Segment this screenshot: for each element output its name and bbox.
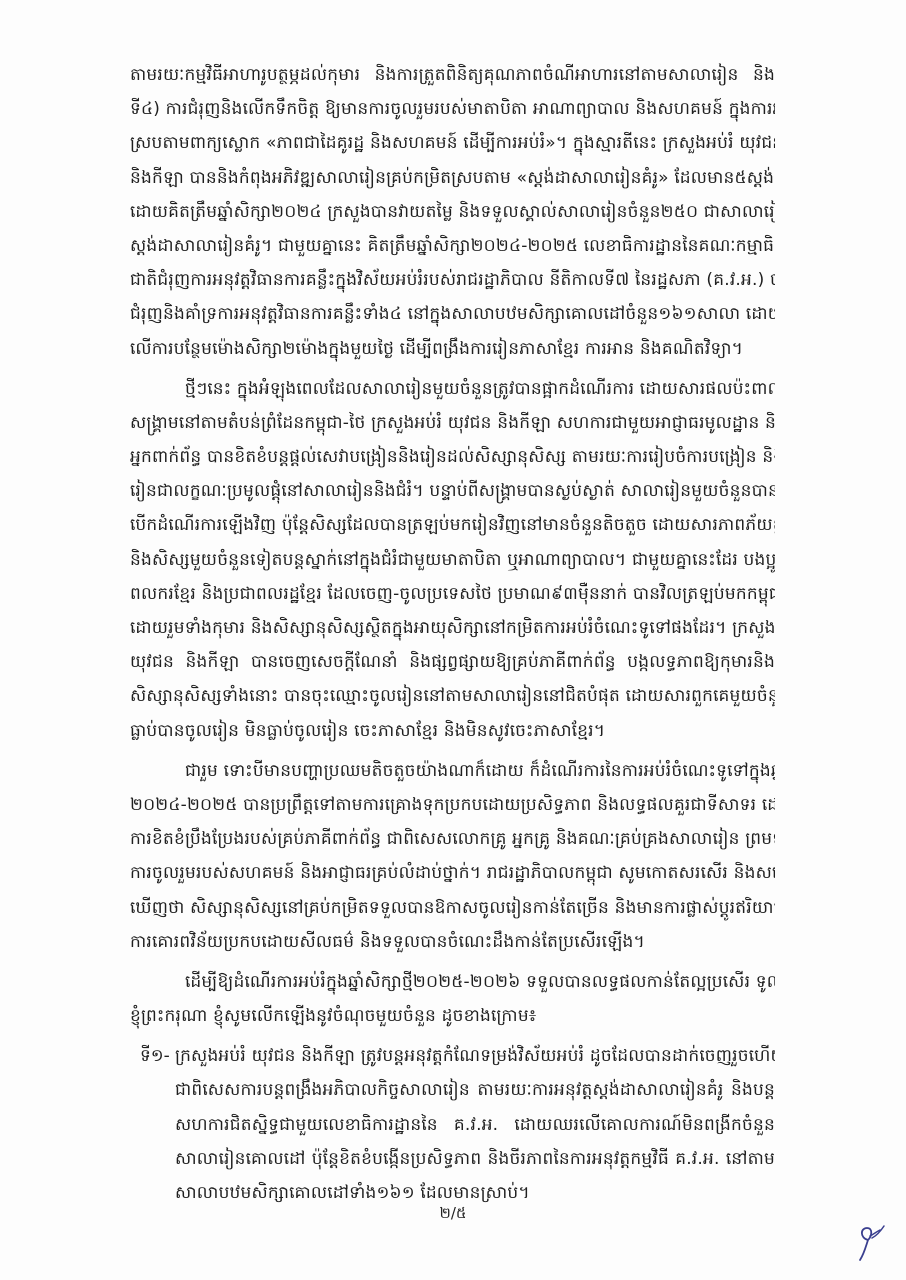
text-line: តាមរយៈកម្មវិធីអាហារូបត្ថម្ភដល់កុមារ និងក… <box>130 58 775 92</box>
text-line: ជាពិសេសការបន្តពង្រឹងអភិបាលកិច្ចសាលារៀន ត… <box>175 1073 775 1107</box>
text-line: ២០២៤-២០២៥ បានប្រព្រឹត្តទៅតាមការគ្រោងទុកប… <box>130 788 775 822</box>
paragraph-overall-assessment: ជារួម ទោះបីមានបញ្ហាប្រឈមតិចតួចយ៉ាងណាក៏ដោ… <box>130 754 775 959</box>
text-line: អ្នកពាក់ព័ន្ធ បានខិតខំបន្តផ្តល់សេវាបង្រៀ… <box>130 440 775 474</box>
text-line: ថ្មីៗនេះ ក្នុងអំឡុងពេលដែលសាលារៀនមួយចំនួន… <box>130 372 775 406</box>
text-line: ជារួម ទោះបីមានបញ្ហាប្រឈមតិចតួចយ៉ាងណាក៏ដោ… <box>130 754 775 788</box>
text-line: ជំរុញនិងគាំទ្រការអនុវត្តវិធានការគន្លឹះទា… <box>130 297 775 331</box>
text-line: ធ្លាប់បានចូលរៀន មិនធ្លាប់ចូលរៀន ចេះភាសាខ… <box>130 714 775 748</box>
text-line: រៀនជាលក្ខណៈប្រមូលផ្តុំនៅសាលារៀននិងជំរំ។ … <box>130 474 775 508</box>
text-line: និងកីឡា បាននិងកំពុងអភិវឌ្ឍសាលារៀនគ្រប់កម… <box>130 161 775 195</box>
recommendation-item-1: ទី១- ក្រសួងអប់រំ យុវជន និងកីឡា ត្រូវបន្ត… <box>130 1039 775 1210</box>
text-line: សង្គ្រាមនៅតាមតំបន់ព្រំដែនកម្ពុជា-ថៃ ក្រស… <box>130 406 775 440</box>
document-page: តាមរយៈកម្មវិធីអាហារូបត្ថម្ភដល់កុមារ និងក… <box>0 0 906 1280</box>
page-number: ២/៥ <box>0 1204 906 1226</box>
text-line: ទី៤) ការជំរុញនិងលើកទឹកចិត្ត ឱ្យមានការចូល… <box>130 92 775 126</box>
text-line: ក្រសួងអប់រំ យុវជន និងកីឡា ត្រូវបន្តអនុវត… <box>175 1039 775 1073</box>
paragraph-school-feeding-continuation: តាមរយៈកម្មវិធីអាហារូបត្ថម្ភដល់កុមារ និងក… <box>130 58 775 366</box>
text-line: បើកដំណើរការឡើងវិញ ប៉ុន្តែសិស្សដែលបានត្រឡ… <box>130 508 775 542</box>
text-line: សិស្សានុសិស្សទាំងនោះ បានចុះឈ្មោះចូលរៀននៅ… <box>130 679 775 713</box>
text-line: ដោយគិតត្រឹមឆ្នាំសិក្សា២០២៤ ក្រសួងបានវាយត… <box>130 195 775 229</box>
text-line: ពលករខ្មែរ និងប្រជាពលរដ្ឋខ្មែរ ដែលចេញ-ចូល… <box>130 577 775 611</box>
text-line: ការចូលរួមរបស់សហគមន៍ និងអាជ្ញាធរគ្រប់លំដា… <box>130 856 775 890</box>
text-line: ជាតិជំរុញការអនុវត្តវិធានការគន្លឹះក្នុងវិ… <box>130 263 775 297</box>
text-line: ការគោរពវិន័យប្រកបដោយសីលធម៌ និងទទួលបានចំណ… <box>130 925 775 959</box>
text-line: ខ្ញុំព្រះករុណា ខ្ញុំសូមលើកឡើងនូវចំណុចមួយ… <box>130 999 775 1033</box>
paragraph-recommendations-intro: ដើម្បីឱ្យដំណើរការអប់រំក្នុងឆ្នាំសិក្សាថ្… <box>130 965 775 1033</box>
text-line: យុវជន និងកីឡា បានចេញសេចក្តីណែនាំ និងផ្សព… <box>130 645 775 679</box>
document-body: តាមរយៈកម្មវិធីអាហារូបត្ថម្ភដល់កុមារ និងក… <box>130 58 775 1210</box>
text-line: លើការបន្ថែមម៉ោងសិក្សា២ម៉ោងក្នុងមួយថ្ងៃ ដ… <box>130 332 775 366</box>
text-line: ការខិតខំប្រឹងប្រែងរបស់គ្រប់ភាគីពាក់ព័ន្ធ… <box>130 822 775 856</box>
signature-initials-icon <box>854 1220 888 1264</box>
text-line: ដើម្បីឱ្យដំណើរការអប់រំក្នុងឆ្នាំសិក្សាថ្… <box>130 965 775 999</box>
text-line: ស្តង់ដាសាលារៀនគំរូ។ ជាមួយគ្នានេះ គិតត្រឹ… <box>130 229 775 263</box>
text-line: ដោយរួមទាំងកុមារ និងសិស្សានុសិស្សស្ថិតក្ន… <box>130 611 775 645</box>
text-line: សាលារៀនគោលដៅ ប៉ុន្តែខិតខំបង្កើនប្រសិទ្ធភ… <box>175 1142 775 1176</box>
text-line: ឃើញថា សិស្សានុសិស្សនៅគ្រប់កម្រិតទទួលបានឱ… <box>130 891 775 925</box>
text-line: ស្របតាមពាក្យស្លោក «ភាពជាដៃគូរដ្ឋ និងសហគម… <box>130 126 775 160</box>
list-marker: ទី១- <box>140 1039 170 1073</box>
paragraph-border-conflict: ថ្មីៗនេះ ក្នុងអំឡុងពេលដែលសាលារៀនមួយចំនួន… <box>130 372 775 748</box>
text-line: និងសិស្សមួយចំនួនទៀតបន្តស្នាក់នៅក្នុងជំរំ… <box>130 543 775 577</box>
text-line: សហការជិតស្និទ្ធជាមួយលេខាធិការដ្ឋាននៃ គ.វ… <box>175 1108 775 1142</box>
